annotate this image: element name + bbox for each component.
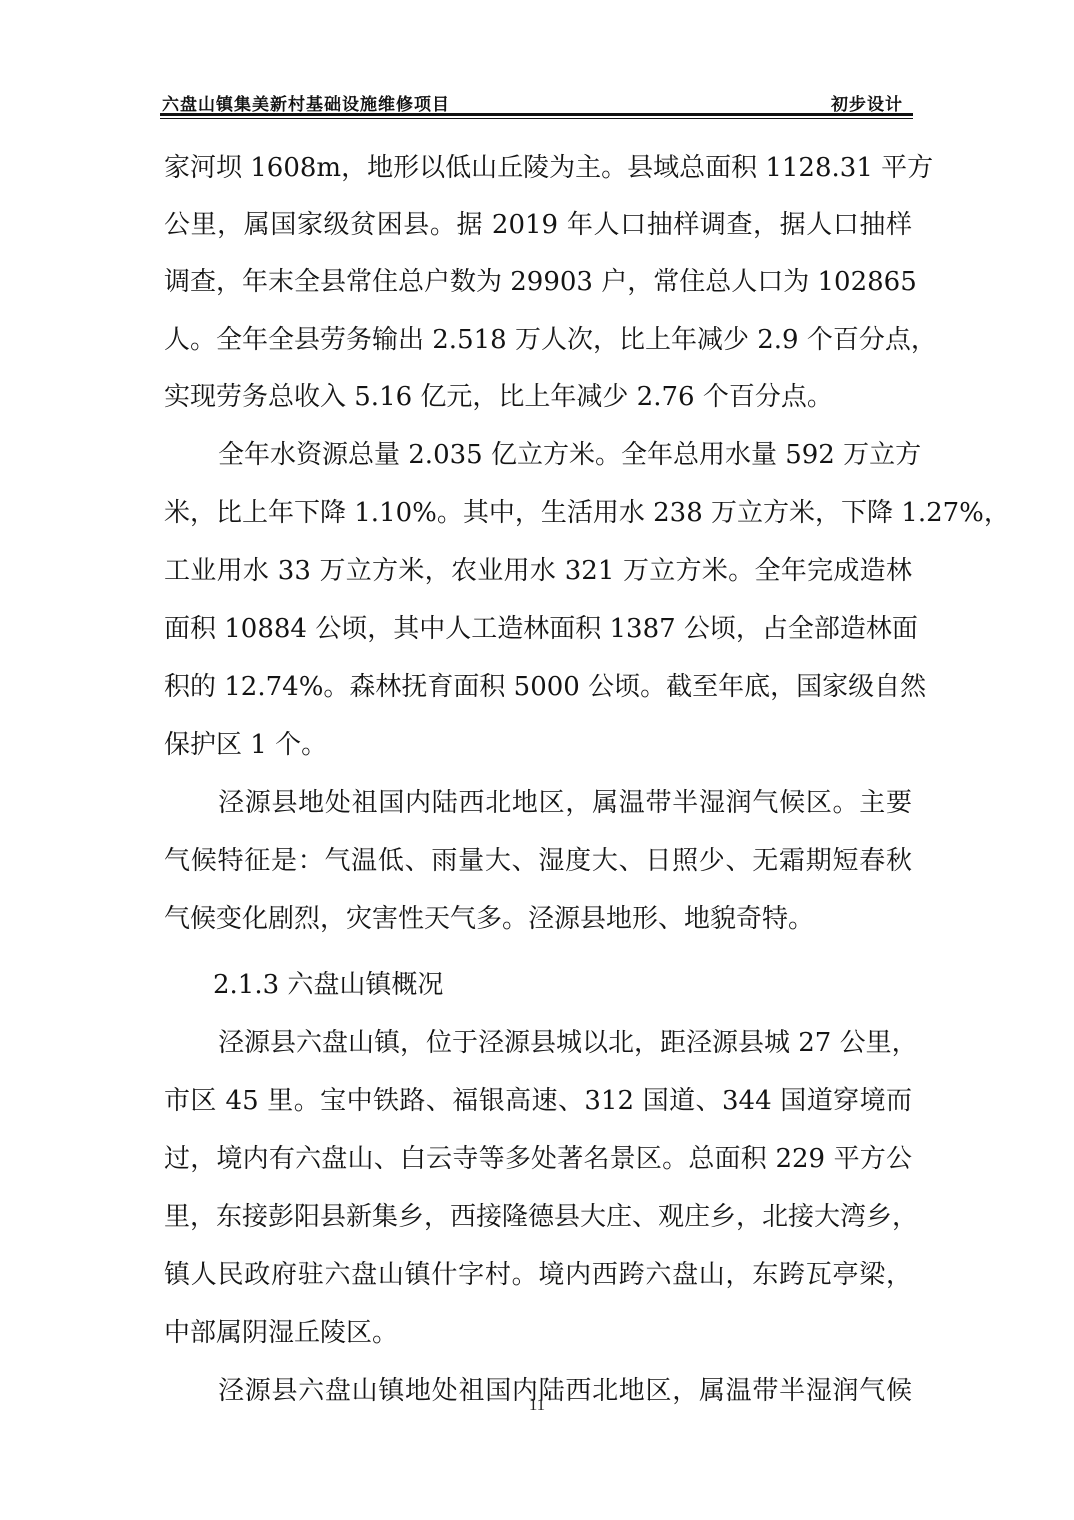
header-rule-thin — [160, 118, 913, 119]
text-line: 里，东接彭阳县新集乡，西接隆德县大庄、观庄乡，北接大湾乡， — [164, 1197, 912, 1237]
text-line: 市区 45 里。宝中铁路、福银高速、312 国道、344 国道穿境而 — [164, 1081, 912, 1121]
text-line: 积的 12.74%。森林抚育面积 5000 公顷。截至年底，国家级自然 — [164, 667, 912, 707]
text-line: 全年水资源总量 2.035 亿立方米。全年总用水量 592 万立方 — [218, 435, 912, 475]
page-header: 六盘山镇集美新村基础设施维修项目 初步设计 — [160, 88, 913, 122]
project-title: 六盘山镇集美新村基础设施维修项目 — [162, 90, 450, 115]
text-line: 实现劳务总收入 5.16 亿元，比上年减少 2.76 个百分点。 — [164, 377, 912, 417]
section-heading: 2.1.3 六盘山镇概况 — [213, 965, 513, 1005]
text-line: 中部属阴湿丘陵区。 — [164, 1313, 912, 1353]
text-line: 镇人民政府驻六盘山镇什字村。境内西跨六盘山，东跨瓦亭梁， — [164, 1255, 912, 1295]
text-line: 保护区 1 个。 — [164, 725, 912, 765]
text-line: 面积 10884 公顷，其中人工造林面积 1387 公顷，占全部造林面 — [164, 609, 912, 649]
text-line: 工业用水 33 万立方米，农业用水 321 万立方米。全年完成造林 — [164, 551, 912, 591]
text-line: 泾源县地处祖国内陆西北地区，属温带半湿润气候区。主要 — [218, 783, 912, 823]
text-line: 米，比上年下降 1.10%。其中，生活用水 238 万立方米，下降 1.27%， — [164, 493, 912, 533]
text-line: 气候特征是：气温低、雨量大、湿度大、日照少、无霜期短春秋 — [164, 841, 912, 881]
text-line: 人。全年全县劳务输出 2.518 万人次，比上年减少 2.9 个百分点， — [164, 320, 912, 360]
text-line: 家河坝 1608m，地形以低山丘陵为主。县域总面积 1128.31 平方 — [164, 148, 912, 188]
text-line: 气候变化剧烈，灾害性天气多。泾源县地形、地貌奇特。 — [164, 899, 912, 939]
header-rule-thick — [160, 113, 913, 116]
document-page: 六盘山镇集美新村基础设施维修项目 初步设计 家河坝 1608m，地形以低山丘陵为… — [0, 0, 1074, 1520]
page-number: 11 — [0, 1395, 1074, 1415]
text-line: 公里，属国家级贫困县。据 2019 年人口抽样调查，据人口抽样 — [164, 205, 912, 245]
document-stage-label: 初步设计 — [831, 90, 903, 115]
text-line: 泾源县六盘山镇，位于泾源县城以北，距泾源县城 27 公里， — [218, 1023, 912, 1063]
text-line: 调查，年末全县常住总户数为 29903 户，常住总人口为 102865 — [164, 262, 912, 302]
text-line: 过，境内有六盘山、白云寺等多处著名景区。总面积 229 平方公 — [164, 1139, 912, 1179]
